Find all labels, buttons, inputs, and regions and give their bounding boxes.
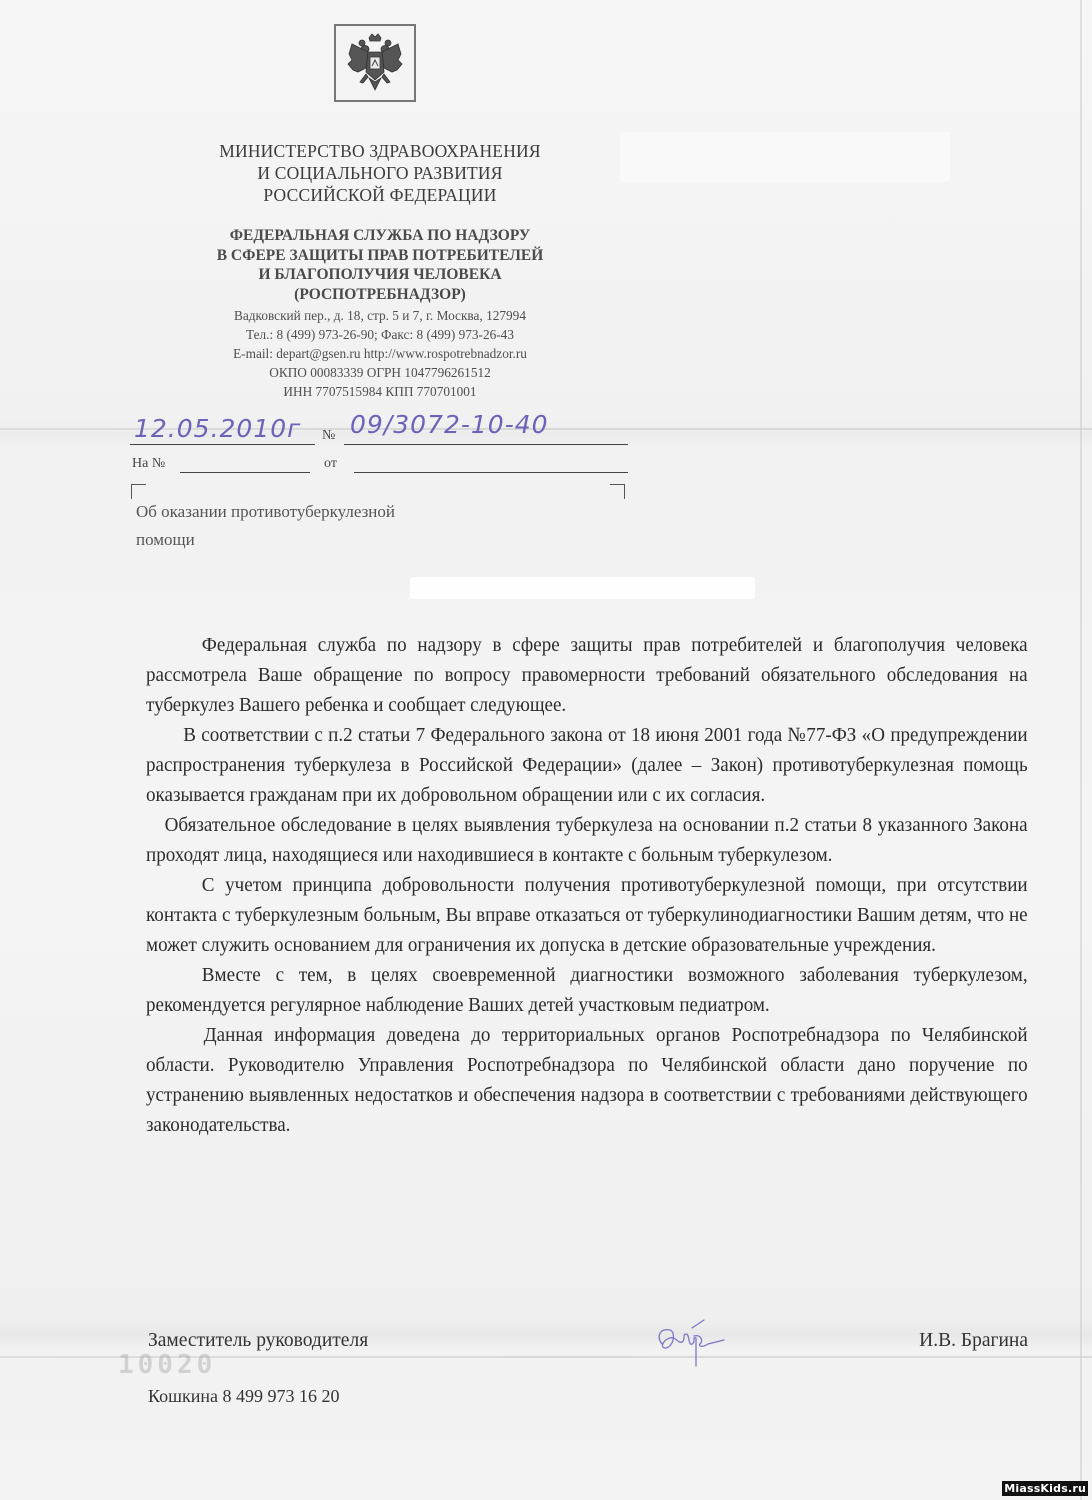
russian-coat-of-arms-icon <box>344 32 406 94</box>
site-watermark: MiassKids.ru <box>1002 1481 1088 1496</box>
coat-of-arms-frame <box>334 24 416 102</box>
letter-body: Федеральная служба по надзору в сфере за… <box>146 630 1028 1140</box>
signature <box>652 1316 732 1373</box>
subject-line: Об оказании противотуберкулезной <box>136 498 395 526</box>
signatory-position: Заместитель руководителя <box>148 1330 368 1351</box>
phone-line: Тел.: 8 (499) 973-26-90; Факс: 8 (499) 9… <box>150 325 610 344</box>
service-line: И БЛАГОПОЛУЧИЯ ЧЕЛОВЕКА <box>150 265 610 285</box>
ministry-line: РОССИЙСКОЙ ФЕДЕРАЦИИ <box>150 184 610 206</box>
body-paragraph: С учетом принципа добровольности получен… <box>146 870 1028 960</box>
subject-corner-left <box>131 484 146 499</box>
ministry-line: И СОЦИАЛЬНОГО РАЗВИТИЯ <box>150 162 610 184</box>
stamp-number: 10020 <box>118 1350 216 1380</box>
registration-number: 09/3072-10-40 <box>350 410 549 439</box>
ministry-name: МИНИСТЕРСТВО ЗДРАВООХРАНЕНИЯ И СОЦИАЛЬНО… <box>150 140 610 206</box>
redacted-addressee <box>620 132 950 182</box>
registration-date: 12.05.2010г <box>134 414 301 443</box>
reply-to-underline <box>180 472 310 473</box>
executor-contact: Кошкина 8 499 973 16 20 <box>148 1386 339 1407</box>
reply-to-label: На № <box>132 456 165 472</box>
service-line: ФЕДЕРАЛЬНАЯ СЛУЖБА ПО НАДЗОРУ <box>150 226 610 246</box>
contact-details: Вадковский пер., д. 18, стр. 5 и 7, г. М… <box>150 306 610 401</box>
address-line: Вадковский пер., д. 18, стр. 5 и 7, г. М… <box>150 306 610 325</box>
body-paragraph: Федеральная служба по надзору в сфере за… <box>146 630 1028 720</box>
handwritten-signature-icon <box>652 1316 732 1368</box>
body-paragraph: Обязательное обследование в целях выявле… <box>146 810 1028 870</box>
ministry-line: МИНИСТЕРСТВО ЗДРАВООХРАНЕНИЯ <box>150 140 610 162</box>
paper-edge <box>1080 0 1082 1500</box>
from-underline <box>354 472 628 473</box>
signature-row: Заместитель руководителя И.В. Брагина <box>148 1330 1028 1352</box>
number-underline <box>344 444 628 445</box>
inn-kpp-line: ИНН 7707515984 КПП 770701001 <box>150 382 610 401</box>
number-label: № <box>322 428 335 444</box>
letter-subject: Об оказании противотуберкулезной помощи <box>136 498 395 554</box>
from-label: от <box>324 456 337 472</box>
redacted-recipient <box>410 577 755 599</box>
email-line: E-mail: depart@gsen.ru http://www.rospot… <box>150 344 610 363</box>
subject-corner-right <box>610 484 625 499</box>
body-paragraph: Вместе с тем, в целях своевременной диаг… <box>146 960 1028 1020</box>
okpo-ogrn-line: ОКПО 00083339 ОГРН 1047796261512 <box>150 363 610 382</box>
date-underline <box>130 444 315 445</box>
body-paragraph: В соответствии с п.2 статьи 7 Федерально… <box>146 720 1028 810</box>
service-line: В СФЕРЕ ЗАЩИТЫ ПРАВ ПОТРЕБИТЕЛЕЙ <box>150 246 610 266</box>
service-name: ФЕДЕРАЛЬНАЯ СЛУЖБА ПО НАДЗОРУ В СФЕРЕ ЗА… <box>150 226 610 304</box>
body-paragraph: Данная информация доведена до территориа… <box>146 1020 1028 1140</box>
signatory-name: И.В. Брагина <box>919 1330 1028 1352</box>
service-line: (РОСПОТРЕБНАДЗОР) <box>150 285 610 305</box>
subject-line: помощи <box>136 526 395 554</box>
